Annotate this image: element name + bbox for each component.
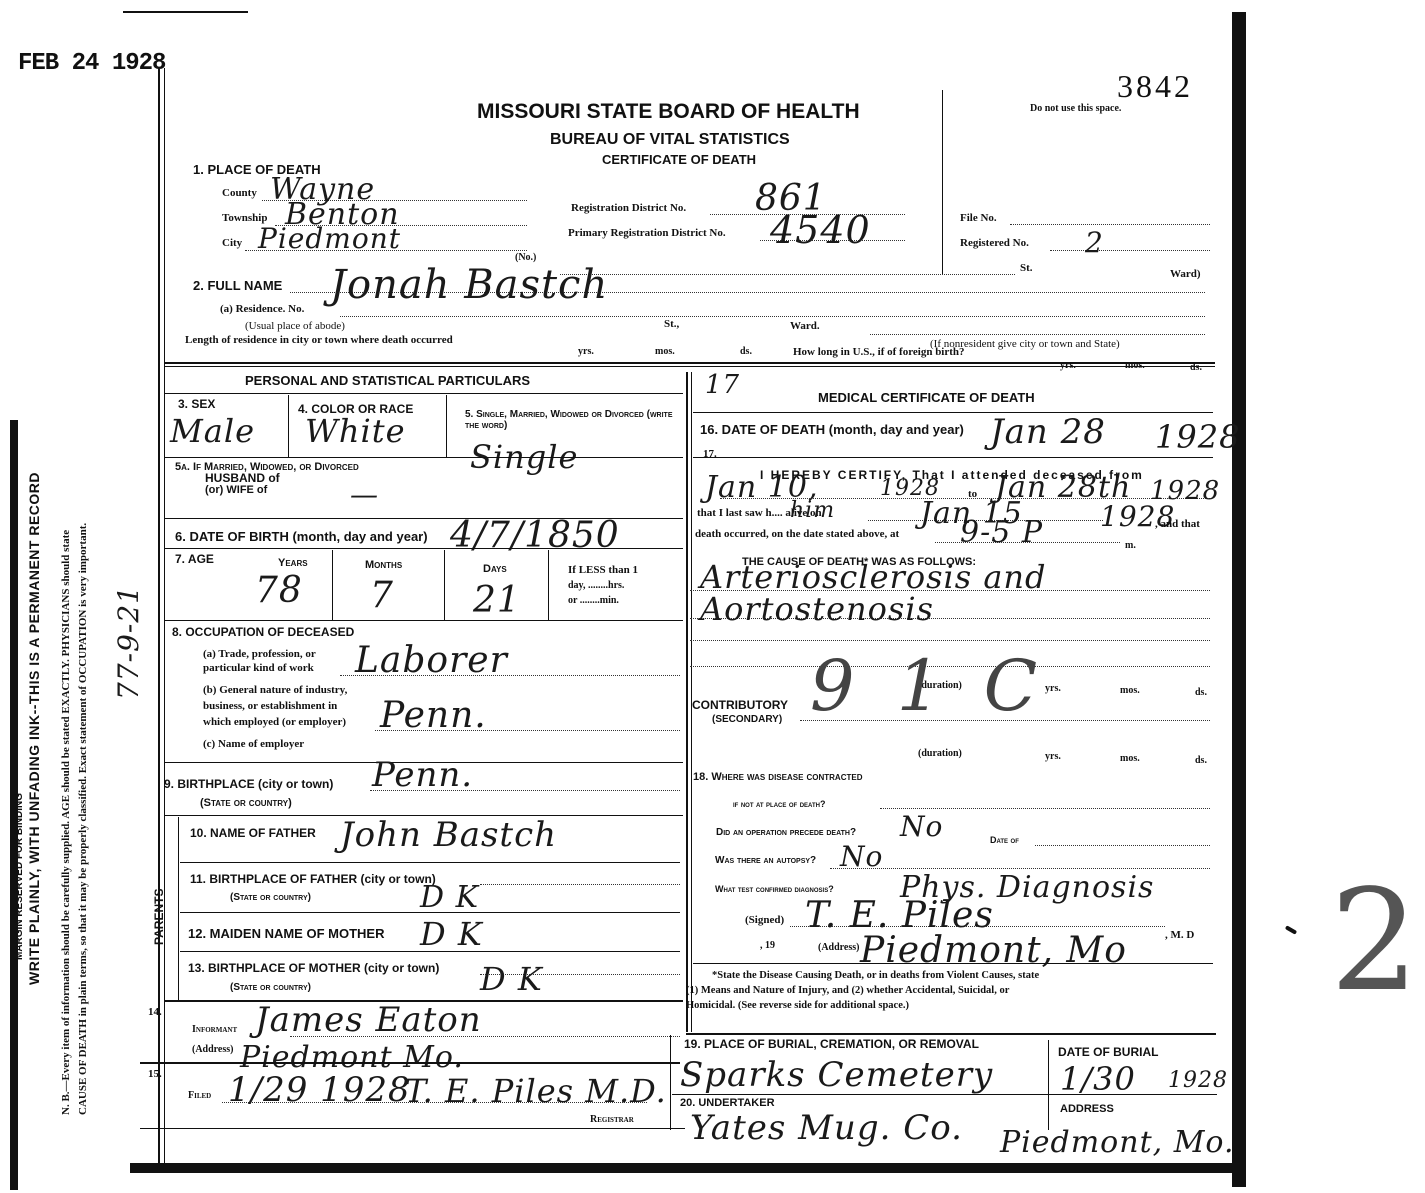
do-not-use-note: Do not use this space. [1030, 103, 1121, 114]
row-line [180, 951, 680, 952]
burial-date-label: DATE OF BURIAL [1058, 1045, 1158, 1059]
row-line [165, 457, 683, 458]
age-months-value: 7 [370, 575, 394, 616]
secondary-label: (SECONDARY) [712, 714, 782, 725]
column-divider [686, 372, 688, 1032]
form-left-border [158, 68, 160, 1168]
less-than-day-label-2: day, ........hrs. [568, 580, 624, 591]
contributory-label: CONTRIBUTORY [692, 698, 788, 712]
birthplace-state-label: (State or country) [200, 797, 292, 809]
cell-divider [288, 395, 289, 457]
header-divider [942, 90, 943, 275]
occupation-b-value: Penn. [380, 695, 487, 736]
age-years-label: Years [278, 557, 308, 569]
row-line [693, 457, 1213, 458]
registered-no-field [1050, 250, 1210, 251]
county-label: County [222, 187, 257, 199]
birthplace-value: Penn. [372, 755, 473, 795]
occupation-a-label-2: particular kind of work [203, 662, 314, 674]
mother-birthplace-state-label: (State or country) [230, 982, 311, 993]
birthplace-label: 9. BIRTHPLACE (city or town) [164, 777, 333, 791]
sex-value: Male [170, 412, 255, 450]
nb-instructions-line1: N. B.—Every item of information should b… [60, 530, 72, 1115]
spouse-value: — [350, 478, 379, 511]
undertaker-address-label: ADDRESS [1060, 1103, 1114, 1115]
occupation-b-label-2: business, or establishment in [203, 700, 337, 712]
row-line [693, 412, 1213, 413]
cell-divider [444, 550, 445, 620]
physician-address-label: (Address) [818, 942, 859, 953]
informant-address-label: (Address) [192, 1044, 233, 1055]
handwritten-code: 77-9-21 [112, 585, 145, 700]
burial-place-value: Sparks Cemetery [680, 1055, 993, 1095]
file-no-label: File No. [960, 212, 997, 224]
row-line [693, 963, 1213, 964]
pencil-dot [1285, 925, 1297, 934]
write-plainly-notice: WRITE PLAINLY, WITH UNFADING INK--THIS I… [26, 472, 42, 985]
age-days-label: Days [483, 563, 507, 575]
undertaker-value: Yates Mug. Co. [690, 1108, 963, 1148]
duration-ds-1: ds. [1195, 687, 1207, 698]
burial-year-value: 1928 [1168, 1068, 1228, 1093]
cell-divider [446, 395, 447, 457]
nonresident-field [870, 334, 1205, 335]
operation-date-label: Date of [990, 835, 1019, 845]
row-line [165, 393, 683, 394]
and-that-label: , and that [1155, 518, 1200, 530]
registrar-label: Registrar [590, 1114, 634, 1125]
less-than-day-label-3: or ........min. [568, 595, 619, 606]
filing-number: 15. [148, 1068, 162, 1080]
duration-ds-2: ds. [1195, 755, 1207, 766]
medical-section-title: MEDICAL CERTIFICATE OF DEATH [818, 390, 1035, 405]
occupation-a-value: Laborer [355, 640, 508, 681]
length-of-residence-label: Length of residence in city or town wher… [185, 334, 453, 346]
registrar-signature: T. E. Piles M.D. [405, 1072, 667, 1110]
street-label: St. [1020, 262, 1033, 274]
duration-yrs-2: yrs. [1045, 751, 1061, 762]
residence-street-label: St., [664, 318, 679, 330]
autopsy-field [830, 868, 1210, 869]
date-of-death-label: 16. DATE OF DEATH (month, day and year) [700, 422, 964, 437]
disease-contracted-label: 18. Where was disease contracted [693, 771, 862, 783]
operation-label: Did an operation precede death? [716, 827, 856, 838]
sex-label: 3. SEX [178, 397, 215, 411]
operation-date-field [1035, 845, 1210, 846]
marital-status-label: 5. Single, Married, Widowed or Divorced … [465, 409, 680, 431]
footnote-line-1: *State the Disease Causing Death, or in … [712, 970, 1039, 981]
operation-value: No [900, 810, 943, 843]
residence-field [340, 316, 1205, 317]
file-no-field [1010, 224, 1210, 225]
disease-contracted-field [880, 808, 1210, 809]
filed-label: Filed [188, 1090, 211, 1101]
street-field [560, 274, 1015, 275]
form-subtitle: BUREAU OF VITAL STATISTICS [550, 131, 790, 149]
registered-no-label: Registered No. [960, 237, 1029, 249]
spouse-label-2: HUSBAND of [205, 471, 280, 485]
registration-district-label: Registration District No. [571, 202, 686, 214]
father-birthplace-field [480, 884, 680, 885]
footnote-line-2: (1) Means and Nature of Injury, and (2) … [686, 985, 1009, 996]
row-line [180, 862, 680, 863]
duration-label-2: (duration) [918, 748, 962, 759]
mother-birthplace-value: D K [480, 960, 543, 998]
father-birthplace-value: D K [420, 880, 479, 915]
cell-divider [548, 550, 549, 620]
physician-address: Piedmont, Mo [860, 930, 1127, 971]
residence-ward-label: Ward. [790, 320, 820, 332]
medical-corner-mark: 17 [705, 370, 740, 400]
mother-maiden-name-value: D K [420, 915, 483, 953]
informant-label: Informant [192, 1024, 237, 1035]
nb-instructions-line2: CAUSE OF DEATH in plain terms, so that i… [77, 523, 89, 1115]
contributory-mark: 9 1 C [810, 645, 1047, 727]
right-margin-number: 2 [1330, 860, 1420, 1023]
received-date-stamp: FEB 24 1928 [18, 50, 165, 77]
less-than-day-label-1: If LESS than 1 [568, 564, 638, 576]
autopsy-label: Was there an autopsy? [715, 855, 816, 866]
cause-of-death-line-2: Aortostenosis [700, 590, 934, 628]
row-line [672, 1094, 1217, 1095]
usual-abode-label: (Usual place of abode) [245, 320, 345, 332]
scan-mark [123, 11, 248, 13]
certificate-number: 3842 [1117, 68, 1193, 105]
date-of-birth-label: 6. DATE OF BIRTH (month, day and year) [175, 529, 428, 544]
date-of-death-year: 1928 [1155, 418, 1240, 456]
row-line [165, 620, 683, 621]
row-line [140, 1128, 685, 1129]
cause-line-3 [690, 640, 1210, 641]
occupation-b-label-1: (b) General nature of industry, [203, 684, 347, 696]
occupation-a-label-1: (a) Trade, profession, or [203, 648, 316, 660]
city-value: Piedmont [258, 222, 401, 255]
duration-yrs-1: yrs. [1045, 683, 1061, 694]
parents-side-label: PARENTS [152, 889, 166, 945]
death-occurred-label: death occurred, on the date stated above… [695, 528, 899, 540]
section-divider-thin [165, 366, 1215, 367]
burial-place-label: 19. PLACE OF BURIAL, CREMATION, OR REMOV… [684, 1037, 979, 1051]
residence-yrs-label: yrs. [578, 346, 594, 357]
residence-mos-label: mos. [655, 346, 675, 357]
form-right-edge [1232, 12, 1246, 1187]
row-line [165, 548, 683, 549]
duration-mos-2: mos. [1120, 753, 1140, 764]
registered-no-value: 2 [1085, 226, 1104, 259]
burial-date-value: 1/30 [1060, 1060, 1136, 1098]
spouse-label-3: (or) WIFE of [205, 484, 267, 496]
age-years-value: 78 [255, 570, 303, 611]
father-name-label: 10. NAME OF FATHER [190, 826, 316, 840]
form-title: MISSOURI STATE BOARD OF HEALTH [477, 100, 860, 124]
form-name: CERTIFICATE OF DEATH [602, 152, 756, 167]
test-label: What test confirmed diagnosis? [715, 884, 834, 894]
parents-divider [178, 817, 179, 1000]
father-name-value: John Bastch [340, 815, 557, 855]
margin-reserved-text: MARGIN RESERVED FOR BINDING [14, 793, 25, 960]
date-of-birth-value: 4/7/1850 [450, 515, 620, 556]
signed-label: (Signed) [745, 914, 784, 926]
personal-section-title: PERSONAL AND STATISTICAL PARTICULARS [245, 373, 530, 388]
row-line [140, 1062, 680, 1064]
signed-year-label: , 19 [760, 940, 775, 951]
form-left-border-inner [164, 68, 165, 1168]
contributory-line [800, 720, 1210, 721]
if-not-place-label: if not at place of death? [733, 799, 825, 809]
row-line [180, 912, 680, 913]
ward-label: Ward) [1170, 268, 1201, 280]
age-days-value: 21 [473, 580, 521, 621]
primary-registration-district-label: Primary Registration District No. [568, 227, 726, 239]
foreign-birth-label: How long in U.S., if of foreign birth? [793, 346, 965, 358]
residence-ds-label: ds. [740, 346, 752, 357]
mother-maiden-name-label: 12. MAIDEN NAME OF MOTHER [188, 926, 384, 941]
undertaker-address: Piedmont, Mo. [1000, 1125, 1234, 1160]
informant-number: 14. [148, 1006, 162, 1018]
city-label: City [222, 237, 242, 249]
last-saw-who: him [790, 498, 835, 523]
occupation-label: 8. OCCUPATION OF DECEASED [172, 625, 354, 639]
race-value: White [305, 412, 406, 450]
primary-registration-district-value: 4540 [770, 208, 871, 252]
informant-name: James Eaton [255, 1000, 482, 1040]
time-of-death-value: 9-5 P [960, 515, 1043, 550]
father-birthplace-state-label: (State or country) [230, 892, 311, 903]
md-label: , M. D [1165, 929, 1194, 941]
full-name-label: 2. FULL NAME [193, 278, 282, 293]
age-months-label: Months [365, 559, 402, 571]
residence-label: (a) Residence. No. [220, 303, 304, 315]
date-of-death-value: Jan 28 [990, 412, 1106, 452]
meridiem-label: m. [1125, 540, 1136, 551]
mother-birthplace-label: 13. BIRTHPLACE OF MOTHER (city or town) [188, 961, 439, 975]
occupation-b-label-3: which employed (or employer) [203, 716, 346, 728]
section-divider [165, 362, 1215, 364]
form-bottom-edge [130, 1163, 1240, 1173]
age-label: 7. AGE [175, 552, 214, 566]
item-17-number: 17. [703, 448, 717, 460]
row-line [686, 1033, 1216, 1035]
full-name-value: Jonah Bastch [330, 262, 608, 308]
cell-divider [332, 550, 333, 620]
duration-mos-1: mos. [1120, 685, 1140, 696]
father-birthplace-label: 11. BIRTHPLACE OF FATHER (city or town) [190, 872, 436, 886]
filed-date: 1/29 1928 [228, 1070, 411, 1110]
burial-date-divider [1048, 1040, 1049, 1130]
footnote-line-3: Homicidal. (See reverse side for additio… [686, 1000, 909, 1011]
burial-divider [670, 1035, 671, 1130]
occupation-c-label: (c) Name of employer [203, 738, 304, 750]
